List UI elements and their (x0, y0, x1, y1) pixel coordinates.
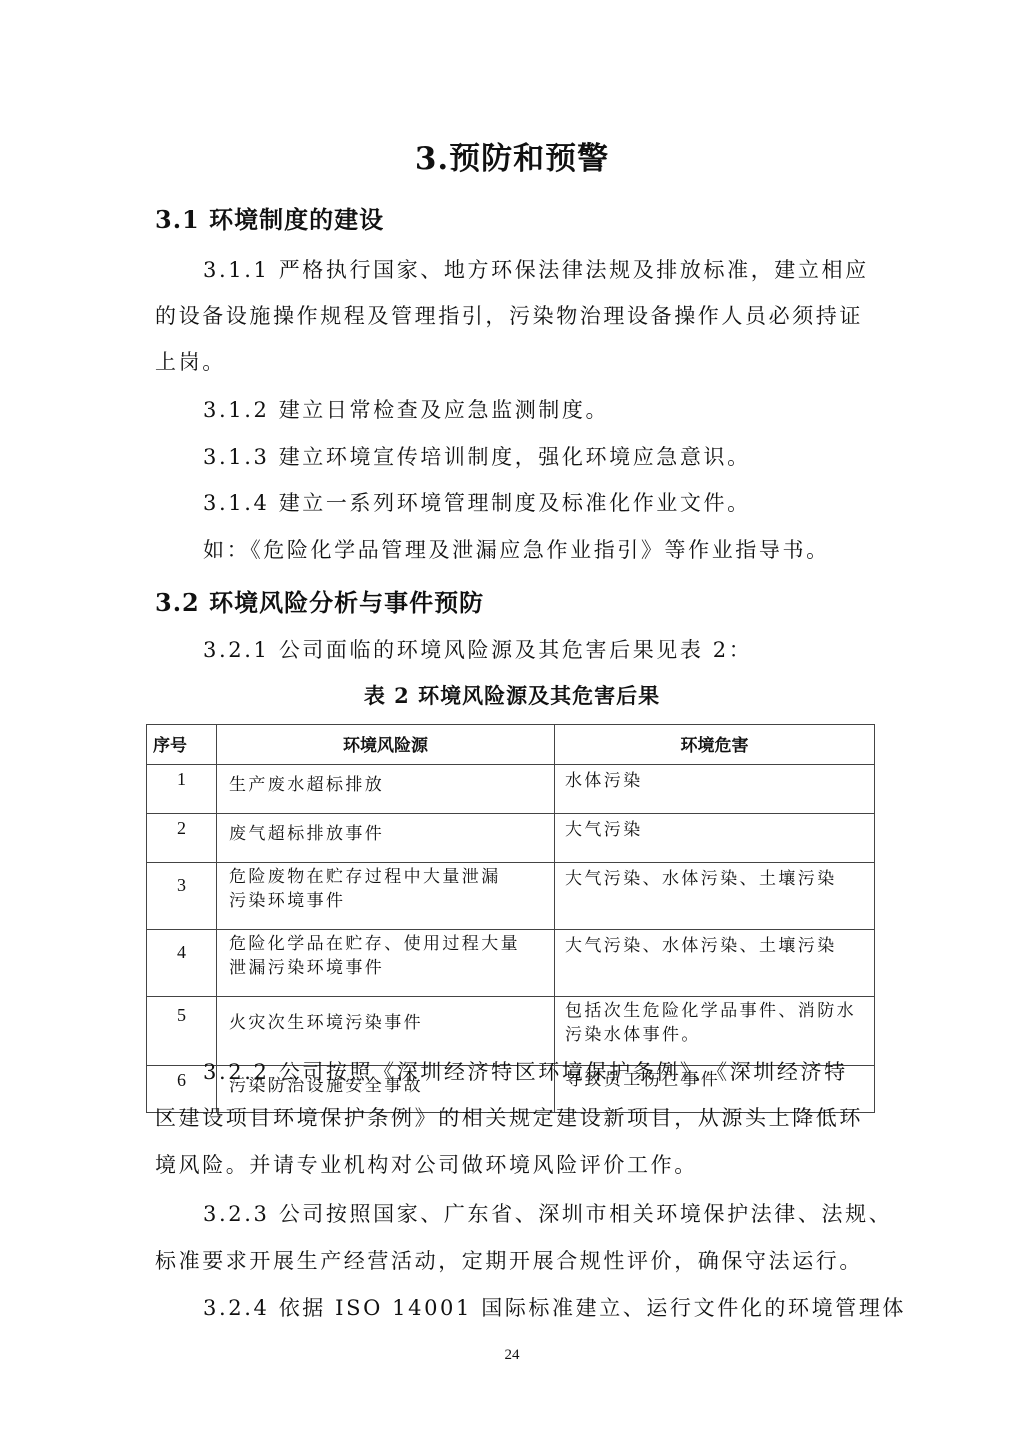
section-heading-3-1: 3.1 环境制度的建设 (155, 200, 384, 235)
source-line: 危险废物在贮存过程中大量泄漏 (229, 865, 554, 889)
source-line: 泄漏污染环境事件 (229, 956, 554, 980)
header-no: 序号 (147, 725, 217, 765)
header-source: 环境风险源 (217, 725, 555, 765)
harm-line: 水体污染 (565, 769, 874, 793)
table-row: 3 危险废物在贮存过程中大量泄漏 污染环境事件 大气污染、水体污染、土壤污染 (147, 863, 875, 930)
row-harm: 大气污染 (555, 814, 875, 863)
paragraph-3-2-4-line1: 3.2.4 依据 ISO 14001 国际标准建立、运行文件化的环境管理体 (203, 1292, 918, 1322)
paragraph-3-1-3: 3.1.3 建立环境宣传培训制度，强化环境应急意识。 (203, 441, 918, 471)
paragraph-3-2-2-line3: 境风险。并请专业机构对公司做环境风险评价工作。 (155, 1149, 870, 1179)
source-line: 污染环境事件 (229, 889, 554, 913)
section-heading-3-2: 3.2 环境风险分析与事件预防 (155, 583, 484, 618)
row-no: 4 (147, 930, 217, 997)
paragraph-3-1-1-line2: 的设备设施操作规程及管理指引，污染物治理设备操作人员必须持证 (155, 300, 870, 330)
source-line: 火灾次生环境污染事件 (229, 1011, 554, 1035)
row-no: 2 (147, 814, 217, 863)
page-number: 24 (0, 1347, 1024, 1364)
header-harm: 环境危害 (555, 725, 875, 765)
paragraph-3-1-1-line3: 上岗。 (155, 346, 870, 376)
table-row: 2 废气超标排放事件 大气污染 (147, 814, 875, 863)
source-line: 生产废水超标排放 (229, 773, 554, 797)
row-source: 危险废物在贮存过程中大量泄漏 污染环境事件 (217, 863, 555, 930)
row-harm: 大气污染、水体污染、土壤污染 (555, 930, 875, 997)
paragraph-3-2-1: 3.2.1 公司面临的环境风险源及其危害后果见表 2： (203, 634, 918, 664)
harm-line: 大气污染、水体污染、土壤污染 (565, 867, 874, 891)
row-source: 废气超标排放事件 (217, 814, 555, 863)
table-row: 4 危险化学品在贮存、使用过程大量 泄漏污染环境事件 大气污染、水体污染、土壤污… (147, 930, 875, 997)
source-line: 废气超标排放事件 (229, 822, 554, 846)
harm-line: 包括次生危险化学品事件、消防水 (565, 999, 874, 1023)
harm-line: 污染水体事件。 (565, 1023, 874, 1047)
row-source: 危险化学品在贮存、使用过程大量 泄漏污染环境事件 (217, 930, 555, 997)
row-no: 1 (147, 765, 217, 814)
risk-table: 序号 环境风险源 环境危害 1 生产废水超标排放 水体污染 2 废气超标排放事件… (146, 724, 875, 1113)
source-line: 危险化学品在贮存、使用过程大量 (229, 932, 554, 956)
paragraph-3-1-2: 3.1.2 建立日常检查及应急监测制度。 (203, 394, 918, 424)
paragraph-3-2-2-line2: 区建设项目环境保护条例》的相关规定建设新项目，从源头上降低环 (155, 1102, 870, 1132)
table-caption: 表 2 环境风险源及其危害后果 (0, 680, 1024, 710)
row-harm: 水体污染 (555, 765, 875, 814)
paragraph-example: 如：《危险化学品管理及泄漏应急作业指引》等作业指导书。 (203, 534, 918, 564)
page-title: 3.预防和预警 (0, 133, 1024, 178)
paragraph-3-2-3-line2: 标准要求开展生产经营活动，定期开展合规性评价，确保守法运行。 (155, 1245, 870, 1275)
harm-line: 大气污染 (565, 818, 874, 842)
paragraph-3-1-1-line1: 3.1.1 严格执行国家、地方环保法律法规及排放标准，建立相应 (203, 254, 918, 284)
table-row: 1 生产废水超标排放 水体污染 (147, 765, 875, 814)
row-harm: 大气污染、水体污染、土壤污染 (555, 863, 875, 930)
paragraph-3-1-4: 3.1.4 建立一系列环境管理制度及标准化作业文件。 (203, 487, 918, 517)
row-no: 3 (147, 863, 217, 930)
harm-line: 大气污染、水体污染、土壤污染 (565, 934, 874, 958)
paragraph-3-2-2-line1: 3.2.2 公司按照《深圳经济特区环境保护条例》、《深圳经济特 (203, 1056, 918, 1086)
table-header-row: 序号 环境风险源 环境危害 (147, 725, 875, 765)
paragraph-3-2-3-line1: 3.2.3 公司按照国家、广东省、深圳市相关环境保护法律、法规、 (203, 1198, 918, 1228)
row-source: 生产废水超标排放 (217, 765, 555, 814)
